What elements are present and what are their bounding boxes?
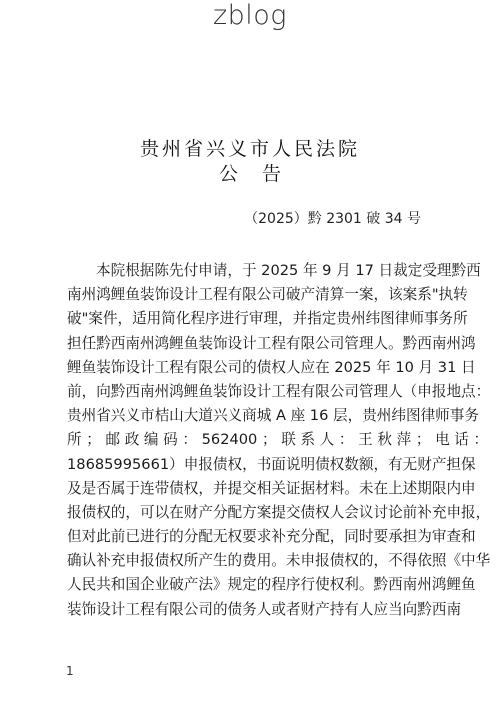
court-name: 贵州省兴义市人民法院 <box>0 138 500 160</box>
body-line: 18685995661）申报债权，书面说明债权数额，有无财产担保 <box>67 453 447 477</box>
body-line: 破"案件，适用简化程序进行审理，并指定贵州纬图律师事务所 <box>67 307 447 331</box>
notice-title: 公告 <box>0 163 500 185</box>
body-line: 前，向黔西南州鸿鲤鱼装饰设计工程有限公司管理人（申报地点： <box>67 380 447 404</box>
body-line: 确认补充申报债权所产生的费用。未申报债权的，不得依照《中华 <box>67 549 447 573</box>
body-line: 及是否属于连带债权，并提交相关证据材料。未在上述期限内申 <box>67 477 447 501</box>
body-line: 装饰设计工程有限公司的债务人或者财产持有人应当向黔西南 <box>67 598 447 622</box>
notice-title-char-2: 告 <box>262 163 281 185</box>
notice-title-char-1: 公 <box>219 163 238 185</box>
document-page: 贵州省兴义市人民法院 公告 （2025）黔 2301 破 34 号 本院根据陈先… <box>0 0 500 707</box>
page-number: 1 <box>66 664 74 678</box>
body-line: 报债权的，可以在财产分配方案提交债权人会议讨论前补充申报， <box>67 501 447 525</box>
body-line: 但对此前已进行的分配无权要求补充分配，同时要承担为审查和 <box>67 525 447 549</box>
body-line: 鲤鱼装饰设计工程有限公司的债权人应在 2025 年 10 月 31 日 <box>67 356 447 380</box>
notice-body: 本院根据陈先付申请，于 2025 年 9 月 17 日裁定受理黔西 南州鸿鲤鱼装… <box>67 259 447 622</box>
body-line: 本院根据陈先付申请，于 2025 年 9 月 17 日裁定受理黔西 <box>67 259 447 283</box>
body-line: 人民共和国企业破产法》规定的程序行使权利。黔西南州鸿鲤鱼 <box>67 573 447 597</box>
body-line: 南州鸿鲤鱼装饰设计工程有限公司破产清算一案，该案系"执转 <box>67 283 447 307</box>
body-line: 所 ； 邮 政 编 码 ： 562400 ； 联 系 人 ： 王 秋 萍 ； 电… <box>67 428 447 452</box>
case-number: （2025）黔 2301 破 34 号 <box>244 210 421 228</box>
body-line: 贵州省兴义市桔山大道兴义商城 A 座 16 层，贵州纬图律师事务 <box>67 404 447 428</box>
body-line: 担任黔西南州鸿鲤鱼装饰设计工程有限公司管理人。黔西南州鸿 <box>67 332 447 356</box>
